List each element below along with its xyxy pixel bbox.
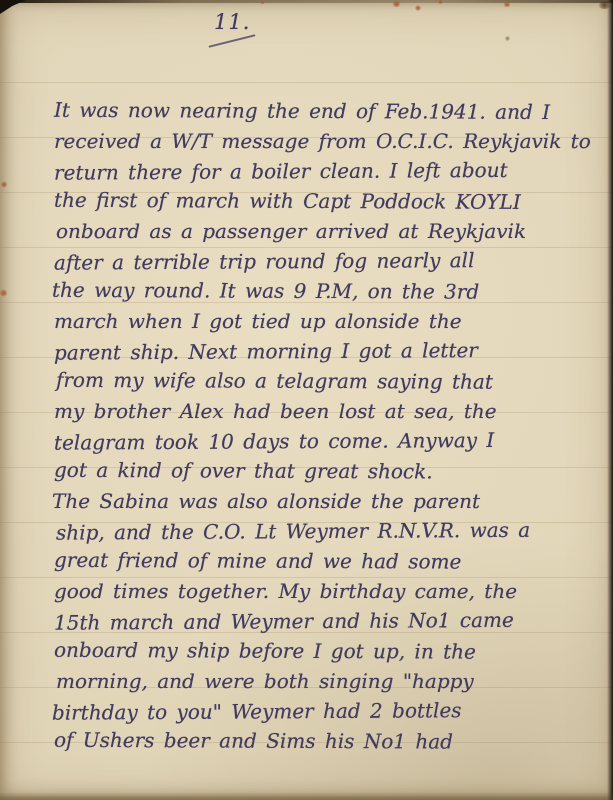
- handwritten-line: march when I got tied up alonside the: [54, 306, 599, 336]
- handwritten-line: return there for a boiler clean. I left …: [54, 154, 599, 187]
- handwritten-line: telagram took 10 days to come. Anyway I: [54, 424, 599, 457]
- page-right-edge: [607, 0, 613, 800]
- handwritten-line: of Ushers beer and Sims his No1 had: [54, 725, 599, 757]
- foxing-spot: [438, 0, 443, 4]
- foxing-spot: [260, 1, 265, 4]
- foxing-spot: [415, 5, 421, 11]
- foxing-spot: [1, 181, 7, 188]
- foxing-spot: [0, 289, 7, 297]
- handwritten-line: the first of march with Capt Poddock KOY…: [54, 185, 599, 217]
- smudge-spot: [505, 36, 510, 41]
- page-top-edge: [0, 0, 613, 3]
- handwritten-line: ship, and the C.O. Lt Weymer R.N.V.R. wa…: [56, 514, 599, 547]
- foxing-spot: [392, 1, 401, 7]
- handwritten-line: from my wife also a telagram saying that: [56, 365, 599, 397]
- handwritten-line: my brother Alex had been lost at sea, th…: [54, 396, 599, 426]
- handwritten-line: got a kind of over that great shock.: [54, 455, 599, 487]
- page-number-underline: [208, 34, 255, 48]
- handwritten-line: onboard my ship before I got up, in the: [54, 635, 599, 667]
- handwritten-line: morning, and were both singing "happy: [56, 666, 599, 696]
- handwritten-line: the way round. It was 9 P.M, on the 3rd: [52, 275, 599, 307]
- handwriting-block: It was now nearing the end of Feb.1941. …: [54, 96, 599, 756]
- page-number: 11.: [214, 10, 250, 34]
- foxing-spot: [598, 1, 611, 9]
- journal-page: 11. It was now nearing the end of Feb.19…: [0, 0, 613, 800]
- handwritten-line: The Sabina was also alonside the parent: [52, 486, 599, 516]
- page-bottom-edge: [0, 792, 613, 800]
- handwritten-line: parent ship. Next morning I got a letter: [54, 334, 599, 367]
- handwritten-line: It was now nearing the end of Feb.1941. …: [54, 95, 599, 127]
- handwritten-line: received a W/T message from O.C.I.C. Rey…: [54, 126, 599, 156]
- handwritten-line: birthday to you" Weymer had 2 bottles: [52, 694, 599, 727]
- handwritten-line: good times together. My birthday came, t…: [54, 576, 599, 606]
- handwritten-line: great friend of mine and we had some: [54, 545, 599, 577]
- handwritten-line: onboard as a passenger arrived at Reykja…: [56, 216, 599, 246]
- foxing-spot: [503, 2, 511, 7]
- handwritten-line: 15th march and Weymer and his No1 came: [54, 604, 599, 637]
- handwritten-line: after a terrible trip round fog nearly a…: [54, 244, 599, 277]
